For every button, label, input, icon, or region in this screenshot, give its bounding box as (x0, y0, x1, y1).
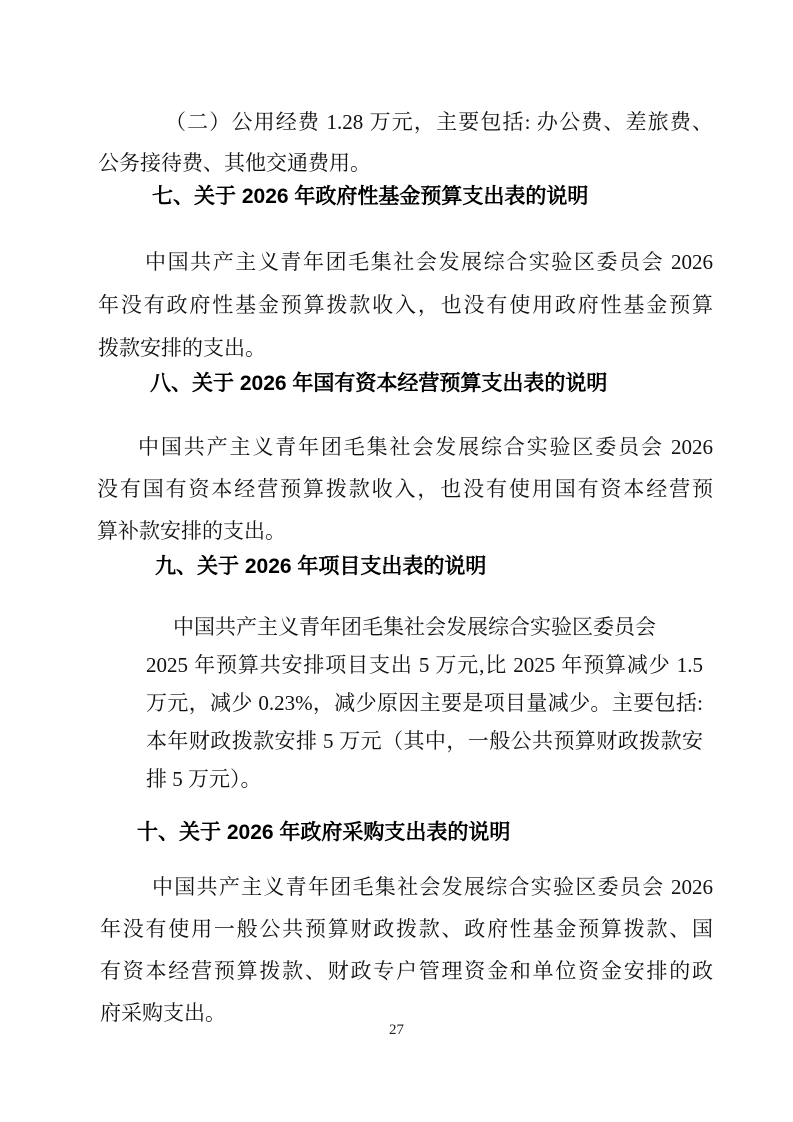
paragraph-line: 有资本经营预算拨款、财政专户管理资金和单位资金安排的政 (100, 950, 713, 992)
paragraph-line: 年没有使用一般公共预算财政拨款、政府性基金预算拨款、国 (100, 908, 713, 950)
paragraph-line: 算补款安排的支出。 (97, 510, 713, 552)
paragraph-line: 中国共产主义青年团毛集社会发展综合实验区委员会 2026 (97, 426, 713, 468)
heading-section-8: 八、关于 2026 年国有资本经营预算支出表的说明 (150, 371, 607, 397)
paragraph-line: 本年财政拨款安排 5 万元（其中，一般公共预算财政拨款安 (146, 722, 703, 760)
paragraph-line: 年没有政府性基金预算拨款收入，也没有使用政府性基金预算 (98, 284, 713, 327)
paragraph-line: 万元，减少 0.23%，减少原因主要是项目量减少。主要包括: (146, 684, 703, 722)
paragraph-line: 中国共产主义青年团毛集社会发展综合实验区委员会 2026 (98, 241, 713, 284)
heading-section-9: 九、关于 2026 年项目支出表的说明 (155, 554, 486, 580)
paragraph-line: 2025 年预算共安排项目支出 5 万元,比 2025 年预算减少 1.5 (146, 646, 703, 684)
paragraph-public-expense: （二）公用经费 1.28 万元，主要包括: 办公费、差旅费、公务接待费、其他交通… (98, 102, 713, 184)
paragraph-line: 拨款安排的支出。 (98, 327, 713, 370)
paragraph-section-9: 中国共产主义青年团毛集社会发展综合实验区委员会2025 年预算共安排项目支出 5… (146, 608, 703, 798)
paragraph-line: 中国共产主义青年团毛集社会发展综合实验区委员会 2026 (100, 866, 713, 908)
page-number: 27 (0, 1022, 793, 1039)
heading-section-7: 七、关于 2026 年政府性基金预算支出表的说明 (152, 184, 588, 210)
heading-section-10: 十、关于 2026 年政府采购支出表的说明 (137, 820, 510, 846)
paragraph-section-7: 中国共产主义青年团毛集社会发展综合实验区委员会 2026年没有政府性基金预算拨款… (98, 241, 713, 370)
paragraph-line: 中国共产主义青年团毛集社会发展综合实验区委员会 (146, 608, 703, 646)
paragraph-section-8: 中国共产主义青年团毛集社会发展综合实验区委员会 2026没有国有资本经营预算拨款… (97, 426, 713, 552)
paragraph-line: 没有国有资本经营预算拨款收入，也没有使用国有资本经营预 (97, 468, 713, 510)
paragraph-line: （二）公用经费 1.28 万元，主要包括: 办公费、差旅费、 (98, 102, 713, 143)
paragraph-line: 公务接待费、其他交通费用。 (98, 143, 713, 184)
paragraph-line: 排 5 万元）。 (146, 760, 703, 798)
paragraph-section-10: 中国共产主义青年团毛集社会发展综合实验区委员会 2026年没有使用一般公共预算财… (100, 866, 713, 1034)
document-page: （二）公用经费 1.28 万元，主要包括: 办公费、差旅费、公务接待费、其他交通… (0, 0, 793, 1122)
